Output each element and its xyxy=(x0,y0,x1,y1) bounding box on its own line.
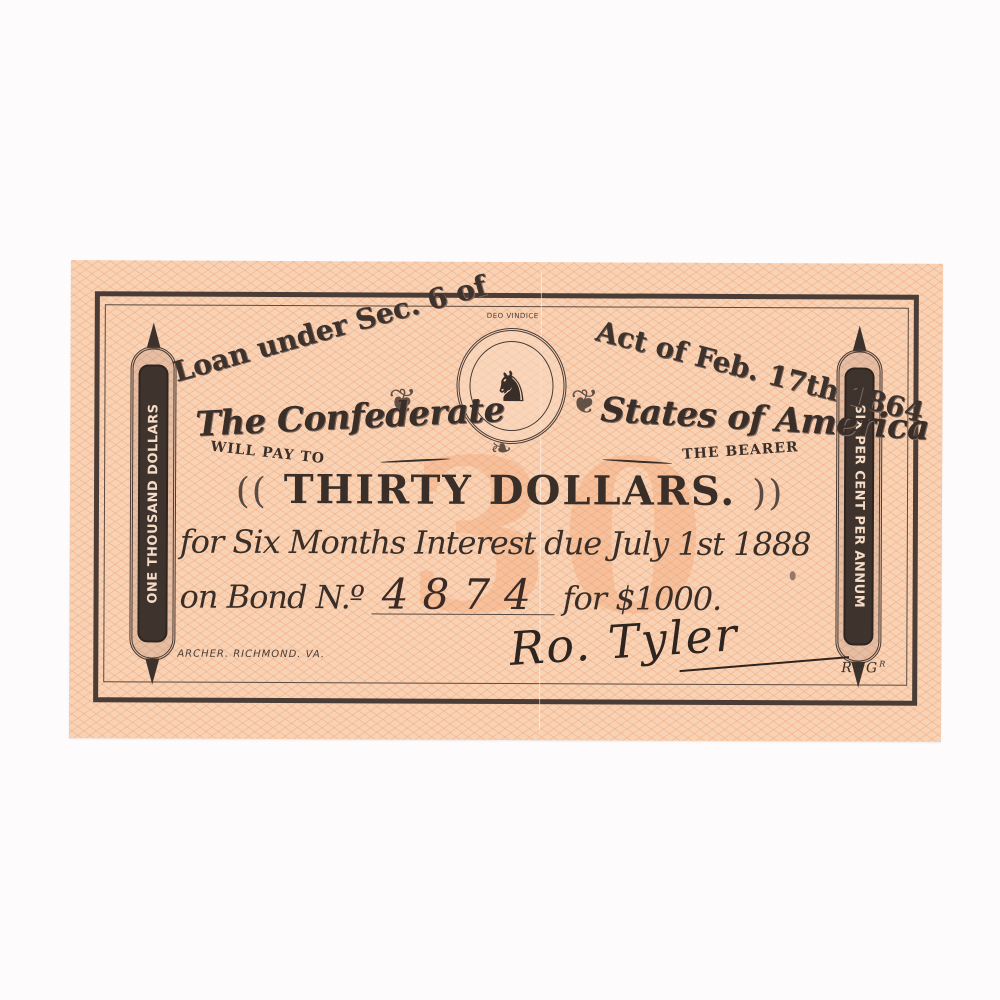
seal-motto: DEO VINDICE xyxy=(487,312,539,320)
bond-prefix: on Bond N.º xyxy=(179,578,363,617)
flourish-icon: ❧ xyxy=(490,434,512,464)
printer-imprint: ARCHER. RICHMOND. VA. xyxy=(177,649,325,661)
bond-line: on Bond N.º4874for $1000. xyxy=(179,575,721,618)
reg-text: REG xyxy=(841,660,879,676)
left-panel-band: ONE THOUSAND DOLLARS xyxy=(137,364,168,642)
finial-icon xyxy=(145,658,159,684)
bond-number: 4874 xyxy=(372,575,555,615)
left-ornamental-panel: ONE THOUSAND DOLLARS xyxy=(129,322,177,684)
left-paren: (( xyxy=(236,471,268,512)
ink-stain xyxy=(790,571,796,580)
finial-icon xyxy=(147,322,161,348)
right-paren: )) xyxy=(752,473,784,514)
interest-line: for Six Months Interest due July 1st 188… xyxy=(180,523,811,564)
amount-text: THIRTY DOLLARS. xyxy=(284,466,737,515)
amount-line: (( THIRTY DOLLARS. )) xyxy=(200,466,820,516)
flourish-icon: ❦ xyxy=(570,382,599,422)
reg-superscript: R xyxy=(879,660,887,669)
bond-coupon: 30 ONE THOUSAND DOLLARS SIX PER CENT PER… xyxy=(69,260,943,742)
registrar-label: REGR xyxy=(841,659,887,676)
left-panel-text: ONE THOUSAND DOLLARS xyxy=(145,403,161,603)
finial-icon xyxy=(853,326,867,352)
